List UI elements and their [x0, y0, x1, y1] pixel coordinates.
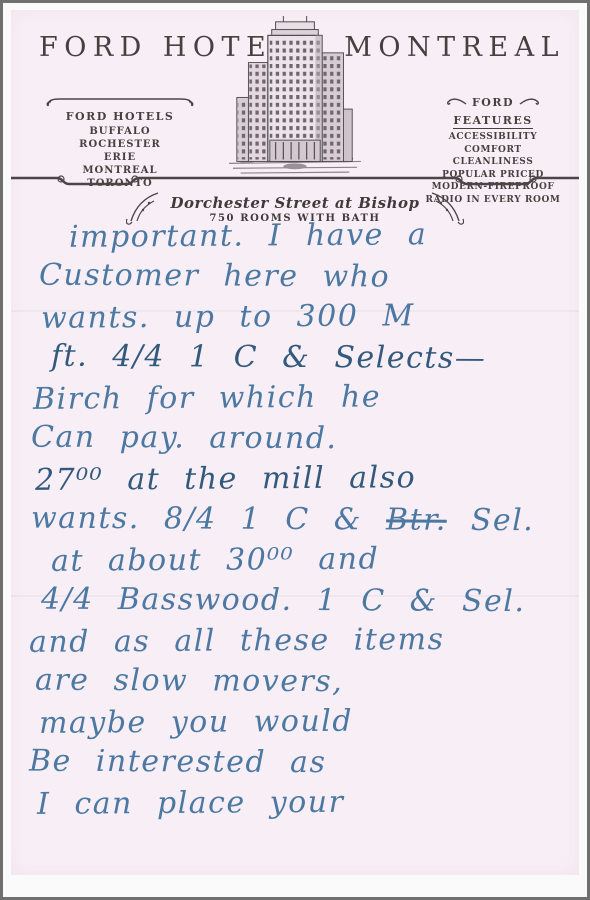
hotels-city: BUFFALO	[35, 125, 205, 138]
hotel-city: MONTREAL	[344, 32, 565, 63]
hotel-address: Dorchester Street at Bishop	[170, 194, 419, 212]
scanned-letter: FORD HOTEL MONTREAL	[0, 0, 590, 900]
handwriting-line: I can place your	[37, 781, 575, 825]
struck-out-word: Btr.	[386, 502, 447, 537]
hotels-panel-title: FORD HOTELS	[35, 110, 205, 123]
curl-ornament-icon	[446, 96, 468, 106]
handwriting-segment: wants. 8/4 1 C &	[31, 500, 386, 537]
hotel-building-illustration	[225, 16, 365, 176]
bracket-ornament-icon	[45, 96, 195, 108]
handwriting-line: maybe you would	[39, 700, 575, 744]
handwriting-line: Can pay. around.	[31, 417, 575, 460]
features-panel-title-top: FORD	[472, 96, 514, 109]
letter-paper: FORD HOTEL MONTREAL	[11, 10, 579, 875]
handwriting-line: ft. 4/4 1 C & Selects—	[51, 336, 575, 379]
rule-ornament-icon	[11, 173, 579, 189]
feature-item: COMFORT	[413, 144, 573, 157]
handwriting-line: Customer here who	[39, 255, 575, 298]
feature-item: CLEANLINESS	[413, 156, 573, 169]
handwriting-line: wants. up to 300 M	[41, 295, 575, 339]
feature-item: ACCESSIBILITY	[413, 131, 573, 144]
curl-ornament-icon	[518, 96, 540, 106]
handwriting-segment: Sel.	[447, 502, 535, 537]
building-icon	[225, 16, 365, 176]
handwriting-line: wants. 8/4 1 C & Btr. Sel.	[31, 498, 575, 541]
handwriting-line: 4/4 Basswood. 1 C & Sel.	[41, 579, 575, 622]
handwriting-line: Be interested as	[29, 741, 575, 784]
handwriting-line: important. I have a	[69, 214, 575, 258]
handwriting-line: Birch for which he	[33, 376, 575, 420]
handwriting-line: 27⁰⁰ at the mill also	[35, 457, 575, 501]
handwriting-line: and as all these items	[29, 619, 575, 663]
hotels-city: ERIE	[35, 151, 205, 164]
features-panel-title-bottom: FEATURES	[453, 114, 532, 129]
hotels-city: ROCHESTER	[35, 138, 205, 151]
handwritten-letter-body: important. I have a Customer here who wa…	[21, 216, 575, 824]
handwriting-line: at about 30⁰⁰ and	[51, 538, 575, 582]
handwriting-line: are slow movers,	[35, 660, 575, 703]
